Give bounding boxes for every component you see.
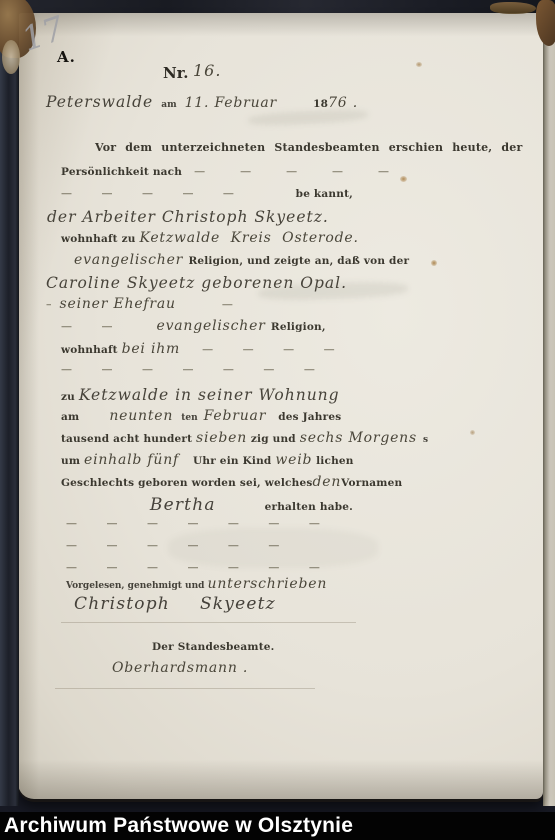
handwritten-day: neunten xyxy=(109,408,173,424)
blank-field-dash: — — — — — xyxy=(194,165,391,178)
printed-form-text: wohnhaft zu xyxy=(61,233,139,245)
birthplace-line: zu Ketzwalde in seiner Wohnung xyxy=(61,386,340,404)
form-layer: Peterswaldeam11. Februar1876 .Vor dem un… xyxy=(0,0,555,812)
mother-line: Caroline Skyeetz geborenen Opal. xyxy=(46,274,347,292)
printed-form-text: am xyxy=(61,411,79,423)
printed-form-text: Vornamen xyxy=(341,477,402,489)
handwritten-residence: Ketzwalde Kreis Osterode. xyxy=(139,230,358,246)
blank-field-dash: — — xyxy=(61,320,114,333)
archival-scan-photo: 17 A. Nr. 16. Peterswaldeam11. Februar18… xyxy=(0,0,555,840)
printed-form-text: Vor dem unterzeichneten Standesbeamten e… xyxy=(95,141,522,154)
living-line: wohnhaft bei ihm— — — — xyxy=(61,341,337,357)
blank-line-1: — — — — — — — xyxy=(61,363,317,376)
declarant-line: der Arbeiter Christoph Skyeetz. xyxy=(47,208,329,226)
handwritten-mother: Caroline Skyeetz geborenen Opal. xyxy=(46,274,347,292)
printed-form-text: s xyxy=(423,435,428,445)
handwritten-time: einhalb fünf xyxy=(84,452,179,468)
printed-form-text: am xyxy=(161,100,176,110)
handwritten-date: 11. Februar xyxy=(185,95,277,111)
intro-line-2: Persönlichkeit nach— — — — — xyxy=(61,165,391,178)
blank-field-dash: — — — — — — — xyxy=(61,363,317,376)
signature-rule xyxy=(61,622,356,623)
printed-form-text: zig und xyxy=(247,433,300,445)
printed-form-text: zu xyxy=(61,391,79,403)
blank-line-4: — — — — — — — xyxy=(66,561,322,574)
signature-rule xyxy=(55,688,315,689)
blank-field-dash: — xyxy=(222,298,235,311)
archive-watermark-bar: Archiwum Państwowe w Olsztynie xyxy=(0,812,555,840)
handwritten-living: bei ihm xyxy=(122,341,181,357)
birthdate-line: amneuntentenFebruardes Jahres xyxy=(61,408,341,424)
wife-line: –seiner Ehefrau— xyxy=(46,296,235,312)
birthtime-line: um einhalb fünfUhr ein Kind weib lichen xyxy=(61,452,354,468)
printed-form-text: Der Standesbeamte. xyxy=(152,641,275,653)
handwritten-gender: weib xyxy=(275,452,312,468)
printed-form-text: Religion, xyxy=(271,321,326,333)
religion-line-2: — —evangelischer Religion, xyxy=(61,318,326,334)
place-date-line: Peterswaldeam11. Februar1876 . xyxy=(46,93,358,111)
handwritten-signature-registrar: Oberhardsmann . xyxy=(112,660,248,676)
blank-field-dash: — — — — xyxy=(202,343,336,356)
registrar-signature: Oberhardsmann . xyxy=(112,660,248,676)
blank-field-dash: – xyxy=(46,298,54,311)
printed-form-text: Religion, und zeigte an, daß von der xyxy=(188,255,409,267)
printed-form-text: ten xyxy=(181,413,197,423)
blank-line-2: — — — — — — — xyxy=(66,517,322,530)
handwritten-firstname: Bertha xyxy=(150,495,216,515)
birthyear-line: tausend acht hundert sieben zig und sech… xyxy=(61,430,428,446)
closing-line: Vorgelesen, genehmigt und unterschrieben xyxy=(66,576,327,592)
handwritten-signature-declarant: Christoph xyxy=(74,594,170,614)
printed-form-text: um xyxy=(61,455,84,467)
firstname-line: Berthaerhalten habe. xyxy=(61,495,353,515)
blank-field-dash: — — — — — — — xyxy=(66,517,322,530)
intro-line-1: Vor dem unterzeichneten Standesbeamten e… xyxy=(95,141,522,154)
religion-line-1: evangelischer Religion, und zeigte an, d… xyxy=(74,252,409,268)
printed-form-text: be kannt, xyxy=(296,188,353,200)
handwritten-year: 76 . xyxy=(328,95,358,111)
blank-line-3: — — — — — — xyxy=(66,539,281,552)
intro-line-3: — — — — —be kannt, xyxy=(61,187,353,200)
printed-form-text: Persönlichkeit nach xyxy=(61,166,182,178)
registrar-title: Der Standesbeamte. xyxy=(152,641,275,653)
handwritten-place: Peterswalde xyxy=(46,93,153,111)
handwritten-religion-2: evangelischer xyxy=(156,318,270,334)
printed-form-text: Uhr ein Kind xyxy=(193,455,275,467)
handwritten-religion: evangelischer xyxy=(74,252,188,268)
printed-form-text: Geschlechts geboren worden sei, welches xyxy=(61,477,312,489)
handwritten-article: den xyxy=(312,474,341,490)
printed-form-text: wohnhaft xyxy=(61,344,122,356)
gender-line: Geschlechts geboren worden sei, welchesd… xyxy=(61,474,353,490)
handwritten-decade: sieben xyxy=(196,430,247,446)
blank-field-dash: — — — — — xyxy=(61,187,236,200)
handwritten-birthplace: Ketzwalde in seiner Wohnung xyxy=(79,386,340,404)
handwritten-year-unit: sechs Morgens xyxy=(300,430,417,446)
handwritten-wife: seiner Ehefrau xyxy=(60,296,176,312)
blank-field-dash: — — — — — — xyxy=(66,539,281,552)
handwritten-signature-declarant-surname: Skyeetz xyxy=(200,594,276,614)
printed-form-text: tausend acht hundert xyxy=(61,433,196,445)
handwritten-declarant: der Arbeiter Christoph Skyeetz. xyxy=(47,208,329,226)
handwritten-month: Februar xyxy=(204,408,267,424)
residence-line: wohnhaft zu Ketzwalde Kreis Osterode. xyxy=(61,230,359,246)
printed-form-text: des Jahres xyxy=(278,411,341,423)
archive-name-label: Archiwum Państwowe w Olsztynie xyxy=(0,812,555,839)
printed-form-text: 18 xyxy=(313,98,328,110)
blank-field-dash: — — — — — — — xyxy=(66,561,322,574)
printed-form-text: erhalten habe. xyxy=(265,501,353,513)
handwritten-signed-word: unterschrieben xyxy=(208,576,328,592)
printed-form-text: Vorgelesen, genehmigt und xyxy=(66,581,208,591)
declarant-signature: ChristophSkyeetz xyxy=(74,594,276,614)
printed-form-text: lichen xyxy=(312,455,353,467)
